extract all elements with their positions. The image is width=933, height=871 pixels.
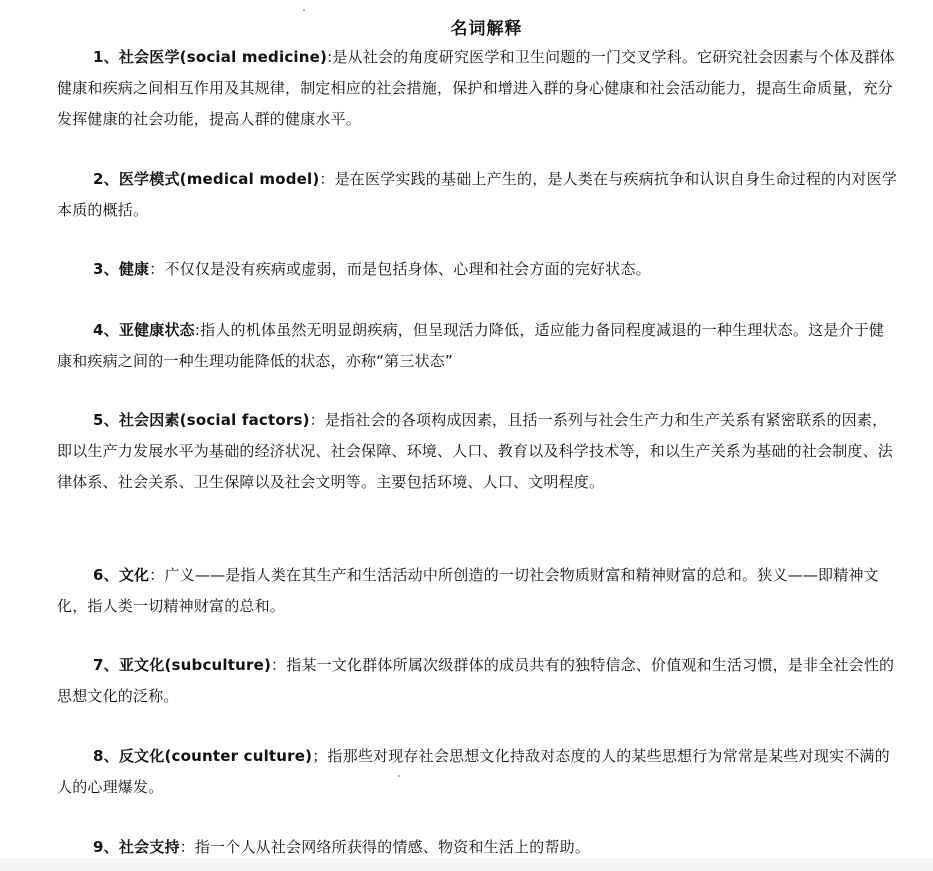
entry-separator: ： <box>319 170 334 188</box>
entry-separator: ： <box>149 260 164 278</box>
entry-number: 8、 <box>93 747 119 765</box>
entry-separator: ； <box>312 747 327 765</box>
entry-term: 亚健康状态 <box>119 321 195 339</box>
glossary-entry-2: 2、医学模式(medical model)：是在医学实践的基础上产生的，是人类在… <box>57 164 897 226</box>
glossary-entry-5: 5、社会因素(social factors)：是指社会的各项构成因素，且括一系列… <box>57 405 897 498</box>
entry-number: 6、 <box>93 566 119 584</box>
entry-definition: 指一个人从社会网络所获得的情感、物资和生活上的帮助。 <box>195 838 590 856</box>
entry-separator: ： <box>271 656 286 674</box>
entry-term: 社会医学(social medicine) <box>119 48 327 66</box>
document-title: 名词解释 <box>0 14 933 39</box>
entry-term: 健康 <box>119 260 149 278</box>
entry-definition: 不仅仅是没有疾病或虚弱，而是包括身体、心理和社会方面的完好状态。 <box>164 260 650 278</box>
glossary-entry-4: 4、亚健康状态:指人的机体虽然无明显朗疾病，但呈现活力降低，适应能力备同程度减退… <box>57 315 897 377</box>
glossary-entry-8: 8、反文化(counter culture)；指那些对现存社会思想文化持敌对态度… <box>57 741 897 803</box>
entry-number: 5、 <box>93 411 119 429</box>
entry-term: 医学模式(medical model) <box>119 170 320 188</box>
entry-separator: ： <box>149 566 164 584</box>
page-bottom-edge <box>0 858 933 871</box>
entry-term: 反文化(counter culture) <box>119 747 312 765</box>
entry-number: 3、 <box>93 260 119 278</box>
entry-term: 社会支持 <box>119 838 180 856</box>
entry-number: 4、 <box>93 321 119 339</box>
entry-separator: ： <box>180 838 195 856</box>
entry-term: 社会因素(social factors) <box>119 411 310 429</box>
entry-term: 文化 <box>119 566 149 584</box>
entry-number: 9、 <box>93 838 119 856</box>
entry-term: 亚文化(subculture) <box>119 656 271 674</box>
glossary-entry-6: 6、文化：广义——是指人类在其生产和生活活动中所创造的一切社会物质财富和精神财富… <box>57 560 897 622</box>
glossary-entry-3: 3、健康：不仅仅是没有疾病或虚弱，而是包括身体、心理和社会方面的完好状态。 <box>57 254 897 285</box>
entry-definition: 广义——是指人类在其生产和生活活动中所创造的一切社会物质财富和精神财富的总和。狭… <box>57 566 879 615</box>
scan-speck <box>303 9 305 11</box>
entry-number: 1、 <box>93 48 119 66</box>
entry-separator: ： <box>310 411 325 429</box>
document-page: 名词解释 1、社会医学(social medicine):是从社会的角度研究医学… <box>0 0 933 858</box>
entry-number: 7、 <box>93 656 119 674</box>
glossary-entry-7: 7、亚文化(subculture)：指某一文化群体所属次级群体的成员共有的独特信… <box>57 650 897 712</box>
entry-number: 2、 <box>93 170 119 188</box>
glossary-entry-1: 1、社会医学(social medicine):是从社会的角度研究医学和卫生问题… <box>57 42 897 135</box>
